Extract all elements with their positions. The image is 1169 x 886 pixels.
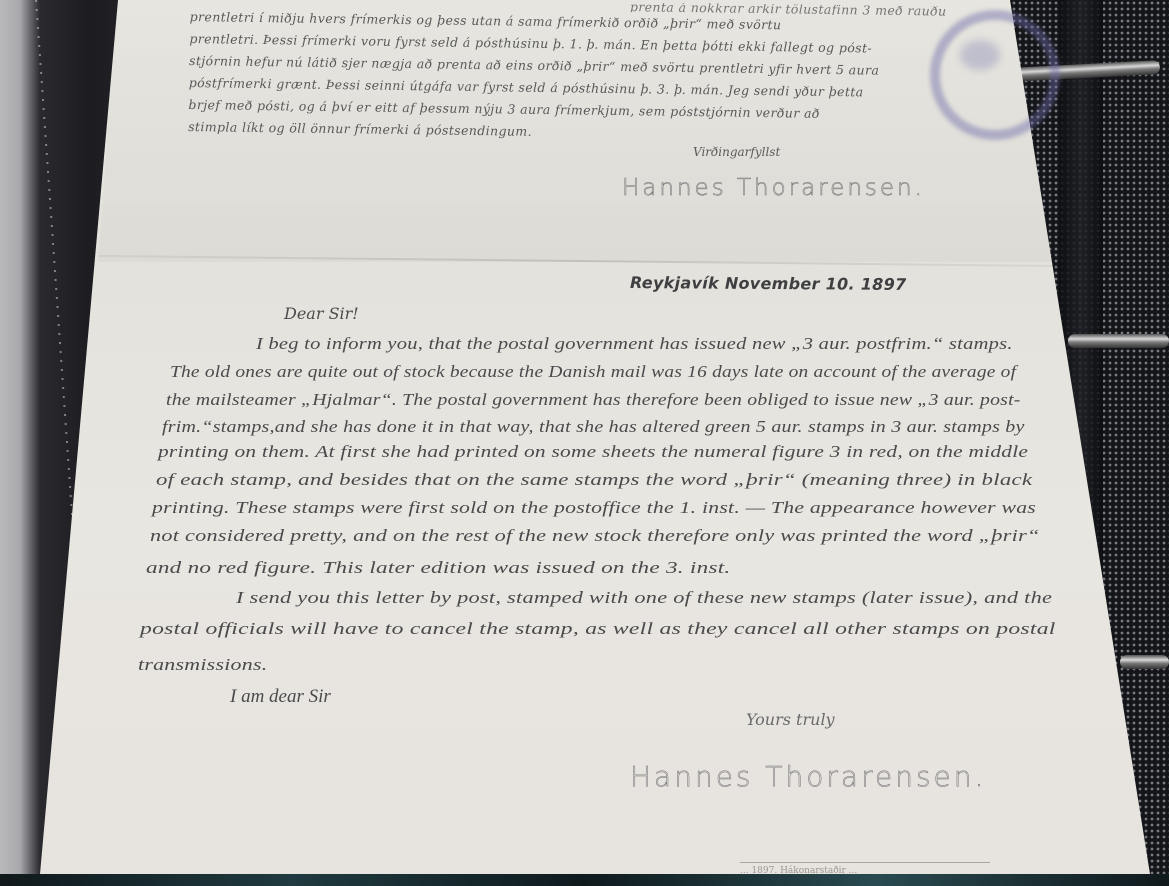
sign-off: I am dear Sir <box>230 686 331 708</box>
letter-line: I send you this letter by post, stamped … <box>236 588 1052 608</box>
greeting: Dear Sir! <box>284 304 359 323</box>
letter-line: printing on them. At first she had print… <box>158 442 1028 462</box>
letter-line: printing. These stamps were first sold o… <box>152 498 1036 518</box>
letter-line: postal officials will have to cancel the… <box>140 619 1056 639</box>
letter-line: frim.“stamps,and she has done it in that… <box>162 417 1025 437</box>
letter-line: the mailsteamer „Hjalmar“. The postal go… <box>166 390 1021 410</box>
background-strip <box>0 874 1169 886</box>
letter-line: transmissions. <box>138 655 267 675</box>
letter-line: not considered pretty, and on the rest o… <box>150 526 1040 546</box>
letter-line: The old ones are quite out of stock beca… <box>170 362 1016 382</box>
closing: Yours truly <box>746 710 835 729</box>
binder-ring-middle <box>1068 334 1169 348</box>
letter-line: I beg to inform you, that the postal gov… <box>256 334 1013 354</box>
signature-upper: Hannes Thorarensen. <box>622 175 925 201</box>
letter-line: of each stamp, and besides that on the s… <box>156 470 1032 490</box>
icelandic-text-block: prenta á nokkrar arkir tölustafinn 3 með… <box>188 0 980 149</box>
binder-ring-bottom <box>1120 655 1169 669</box>
icelandic-closing: Virðingarfyllst <box>693 145 780 159</box>
letter-line: and no red figure. This later edition wa… <box>146 558 731 578</box>
footer-rule <box>740 862 990 863</box>
dateline: Reykjavík November 10. 1897 <box>630 273 907 294</box>
signature-lower: Hannes Thorarensen. <box>630 760 986 793</box>
